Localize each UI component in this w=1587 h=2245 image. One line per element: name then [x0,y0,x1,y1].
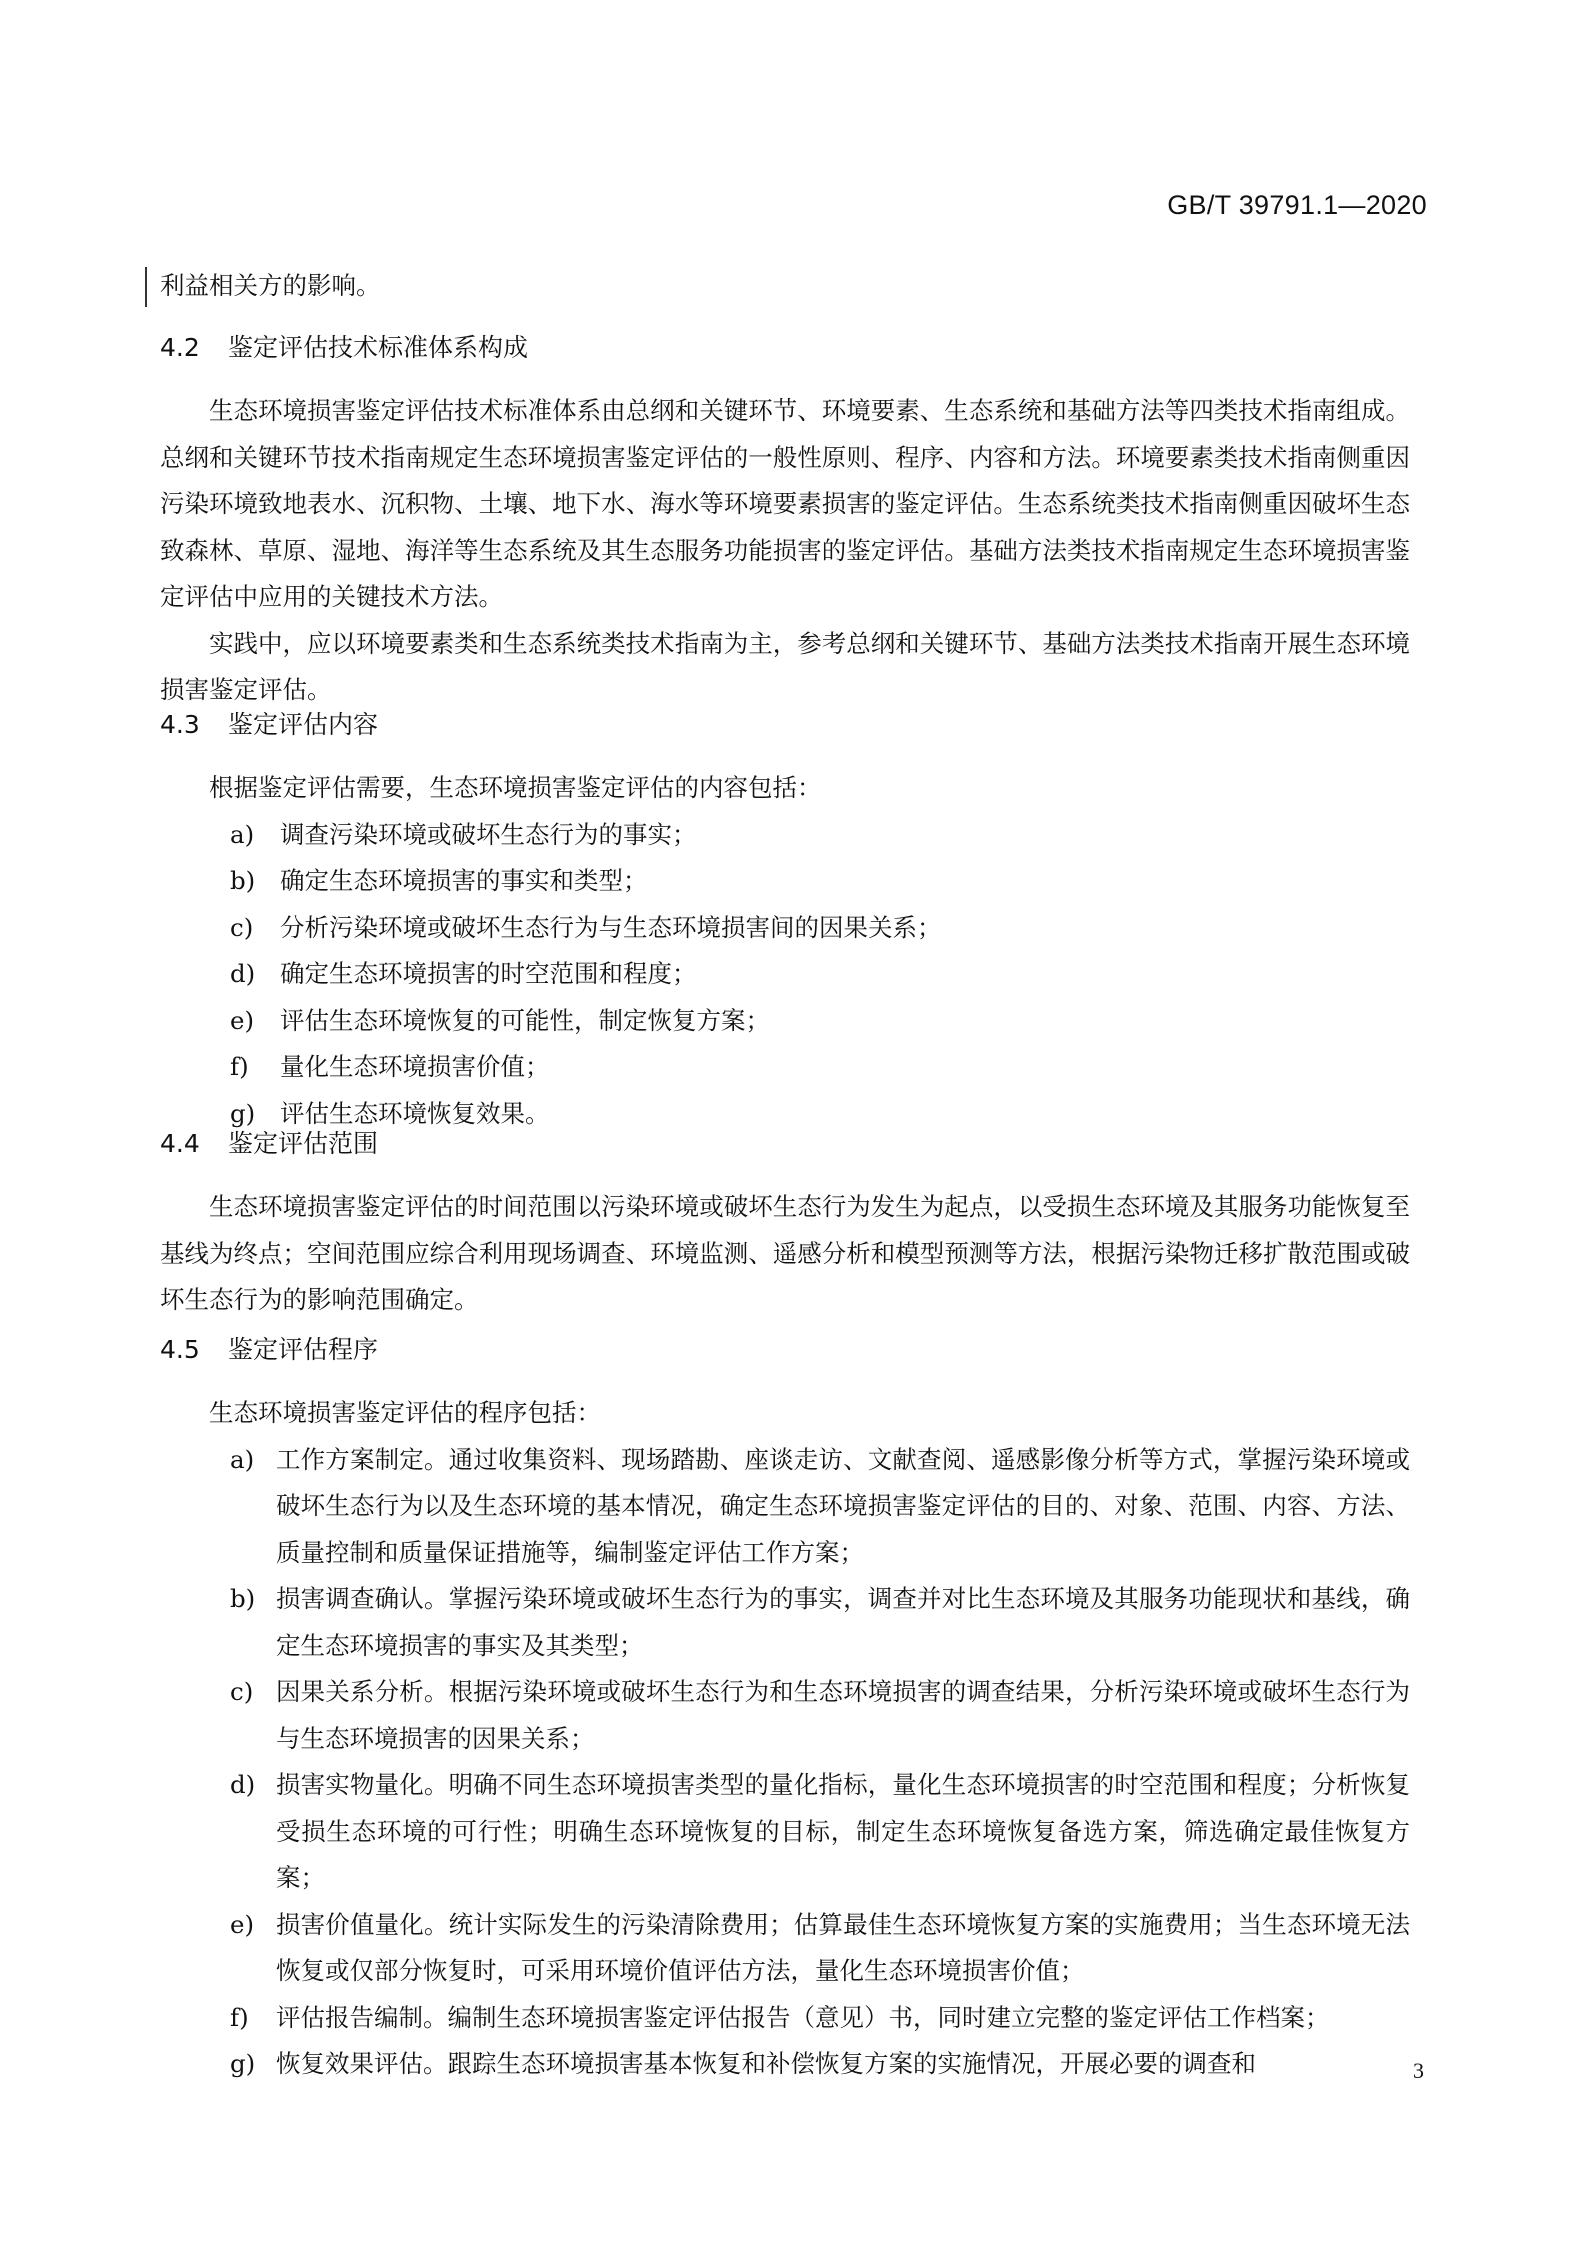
section-heading-4-3: 4.3鉴定评估内容 [160,705,378,745]
list-item-text: 评估报告编制。编制生态环境损害鉴定评估报告（意见）书，同时建立完整的鉴定评估工作… [276,2003,1330,2032]
list-item-text: 损害价值量化。统计实际发生的污染清除费用；估算最佳生态环境恢复方案的实施费用；当… [276,1910,1410,1986]
standard-code: GB/T 39791.1—2020 [1167,190,1427,221]
list-item: e)评估生态环境恢复的可能性，制定恢复方案； [160,998,1410,1045]
list-marker: g) [230,2041,255,2088]
paragraph: 生态环境损害鉴定评估的时间范围以污染环境或破坏生态行为发生为起点，以受损生态环境… [160,1184,1410,1324]
section-title: 鉴定评估范围 [228,1129,378,1158]
list-item-text: 评估生态环境恢复的可能性，制定恢复方案； [280,1006,770,1035]
list-item: c)因果关系分析。根据污染环境或破坏生态行为和生态环境损害的调查结果，分析污染环… [160,1669,1410,1762]
list-item-text: 损害实物量化。明确不同生态环境损害类型的量化指标，量化生态环境损害的时空范围和程… [276,1770,1410,1892]
list-marker: c) [230,1669,253,1716]
section-title: 鉴定评估内容 [228,710,378,739]
list-marker: c) [230,905,253,952]
list-marker: d) [230,1762,255,1809]
list-item-text: 工作方案制定。通过收集资料、现场踏勘、座谈走访、文献查阅、遥感影像分析等方式，掌… [276,1445,1410,1567]
page-number: 3 [1413,2058,1424,2084]
section-title: 鉴定评估程序 [228,1335,378,1364]
list-item: g)恢复效果评估。跟踪生态环境损害基本恢复和补偿恢复方案的实施情况，开展必要的调… [160,2041,1410,2088]
list-item: b)损害调查确认。掌握污染环境或破坏生态行为的事实，调查并对比生态环境及其服务功… [160,1576,1410,1669]
section-number: 4.2 [160,328,228,368]
list-item: f)量化生态环境损害价值； [160,1044,1410,1091]
list-item-text: 分析污染环境或破坏生态行为与生态环境损害间的因果关系； [280,913,942,942]
list-intro: 根据鉴定评估需要，生态环境损害鉴定评估的内容包括： [160,765,1410,812]
list-item-text: 量化生态环境损害价值； [280,1052,550,1081]
continuation-paragraph: 利益相关方的影响。 [160,263,1410,310]
document-page: GB/T 39791.1—2020 利益相关方的影响。 4.2鉴定评估技术标准体… [0,0,1587,2245]
list-item: e)损害价值量化。统计实际发生的污染清除费用；估算最佳生态环境恢复方案的实施费用… [160,1902,1410,1995]
section-body-4-5: 生态环境损害鉴定评估的程序包括： a)工作方案制定。通过收集资料、现场踏勘、座谈… [160,1390,1410,2088]
list-item-text: 损害调查确认。掌握污染环境或破坏生态行为的事实，调查并对比生态环境及其服务功能现… [276,1584,1410,1660]
section-title: 鉴定评估技术标准体系构成 [228,333,528,362]
list-item-text: 恢复效果评估。跟踪生态环境损害基本恢复和补偿恢复方案的实施情况，开展必要的调查和 [276,2049,1256,2078]
list-item: a)调查污染环境或破坏生态行为的事实； [160,812,1410,859]
list-marker: e) [230,1902,254,1949]
list-marker: a) [230,1437,254,1484]
section-number: 4.5 [160,1330,228,1370]
section-body-4-4: 生态环境损害鉴定评估的时间范围以污染环境或破坏生态行为发生为起点，以受损生态环境… [160,1184,1410,1324]
list-marker: a) [230,812,254,859]
list-item-text: 调查污染环境或破坏生态行为的事实； [280,820,697,849]
section-number: 4.3 [160,705,228,745]
list-item: f)评估报告编制。编制生态环境损害鉴定评估报告（意见）书，同时建立完整的鉴定评估… [160,1995,1410,2042]
list-marker: f) [230,1995,249,2042]
list-item-text: 确定生态环境损害的时空范围和程度； [280,959,697,988]
list-marker: e) [230,998,254,1045]
list-marker: d) [230,951,255,998]
continuation-text-block: 利益相关方的影响。 [160,263,1410,310]
section-heading-4-4: 4.4鉴定评估范围 [160,1124,378,1164]
list-item: d)确定生态环境损害的时空范围和程度； [160,951,1410,998]
content-list: a)调查污染环境或破坏生态行为的事实； b)确定生态环境损害的事实和类型； c)… [160,812,1410,1138]
list-item: a)工作方案制定。通过收集资料、现场踏勘、座谈走访、文献查阅、遥感影像分析等方式… [160,1437,1410,1577]
list-item-text: 确定生态环境损害的事实和类型； [280,866,648,895]
list-intro: 生态环境损害鉴定评估的程序包括： [160,1390,1410,1437]
list-item: d)损害实物量化。明确不同生态环境损害类型的量化指标，量化生态环境损害的时空范围… [160,1762,1410,1902]
list-item-text: 因果关系分析。根据污染环境或破坏生态行为和生态环境损害的调查结果，分析污染环境或… [276,1677,1410,1753]
section-heading-4-2: 4.2鉴定评估技术标准体系构成 [160,328,528,368]
section-body-4-3: 根据鉴定评估需要，生态环境损害鉴定评估的内容包括： a)调查污染环境或破坏生态行… [160,765,1410,1137]
list-marker: f) [230,1044,249,1091]
paragraph: 生态环境损害鉴定评估技术标准体系由总纲和关键环节、环境要素、生态系统和基础方法等… [160,388,1410,621]
section-number: 4.4 [160,1124,228,1164]
procedure-list: a)工作方案制定。通过收集资料、现场踏勘、座谈走访、文献查阅、遥感影像分析等方式… [160,1437,1410,2088]
list-marker: b) [230,1576,255,1623]
paragraph: 实践中，应以环境要素类和生态系统类技术指南为主，参考总纲和关键环节、基础方法类技… [160,621,1410,714]
revision-change-bar [145,267,147,307]
list-item: c)分析污染环境或破坏生态行为与生态环境损害间的因果关系； [160,905,1410,952]
section-body-4-2: 生态环境损害鉴定评估技术标准体系由总纲和关键环节、环境要素、生态系统和基础方法等… [160,388,1410,714]
section-heading-4-5: 4.5鉴定评估程序 [160,1330,378,1370]
list-marker: b) [230,858,255,905]
list-item: b)确定生态环境损害的事实和类型； [160,858,1410,905]
